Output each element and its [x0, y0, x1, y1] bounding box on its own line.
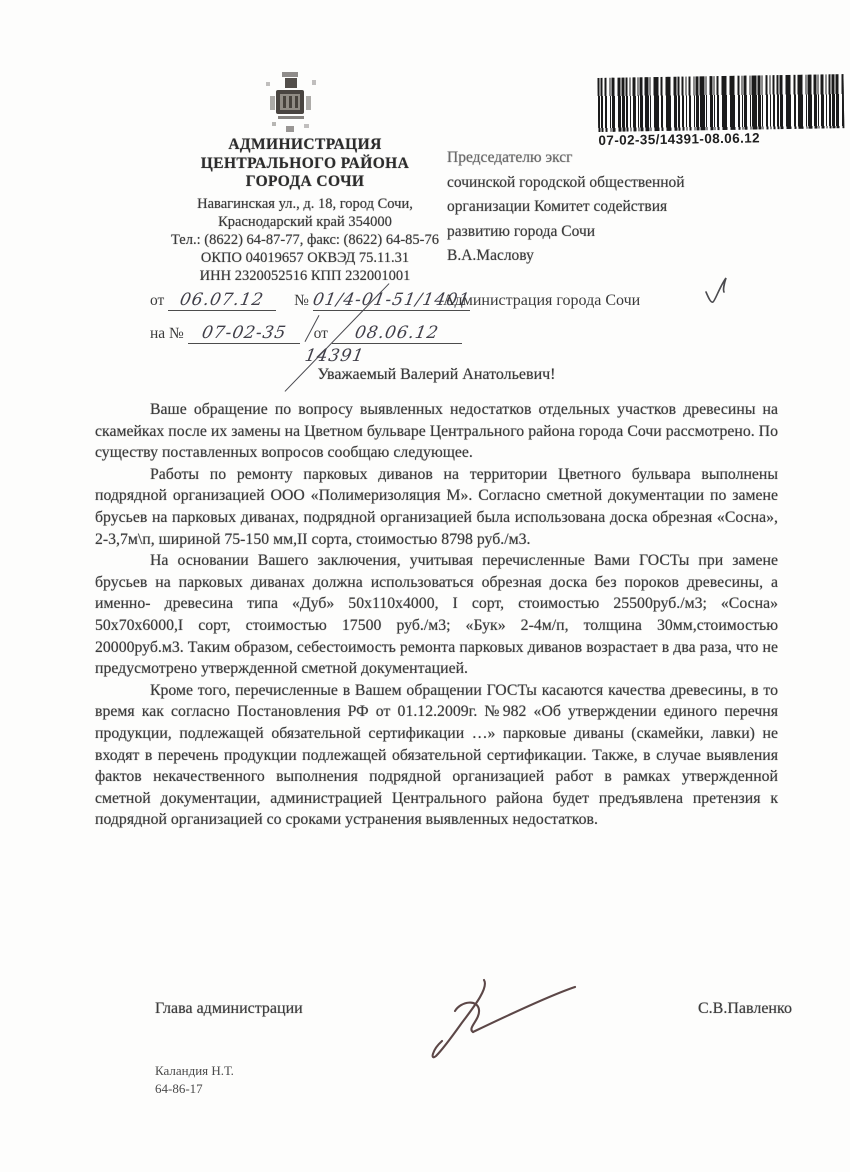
resolution-note: Администрация города Сочи: [443, 292, 640, 310]
paragraph-4: Кроме того, перечисленные в Вашем обраще…: [95, 680, 778, 831]
signature-autograph: [398, 958, 598, 1083]
executor-phone: 64-86-17: [155, 1080, 234, 1098]
sender-address: Навагинская ул., д. 18, город Сочи, Крас…: [140, 195, 470, 285]
incoming-number-field: 07-02-35: [188, 323, 300, 344]
recipient-line3: организации Комитет содействия: [447, 195, 777, 220]
sender-org-line1: АДМИНИСТРАЦИЯ: [140, 136, 470, 155]
executor-block: Каландия Н.Т. 64-86-17: [155, 1062, 234, 1097]
salutation: Уважаемый Валерий Анатольевич!: [95, 366, 778, 384]
paragraph-1: Ваше обращение по вопросу выявленных нед…: [95, 399, 778, 464]
recipient-line5: В.А.Маслову: [447, 244, 777, 269]
paragraph-2: Работы по ремонту парковых диванов на те…: [95, 464, 778, 550]
signer-name: С.В.Павленко: [698, 1000, 792, 1018]
incoming-date-field: 08.06.12: [332, 323, 462, 344]
outgoing-date-label: от: [150, 292, 164, 309]
incoming-date-label: от: [314, 325, 328, 342]
sender-phone-line: Тел.: (8622) 64-87-77, факс: (8622) 64-8…: [140, 231, 470, 249]
scanned-letter-page: АДМИНИСТРАЦИЯ ЦЕНТРАЛЬНОГО РАЙОНА ГОРОДА…: [0, 0, 850, 1172]
recipient-line1: Председателю эксг: [447, 146, 777, 171]
sender-org-line3: ГОРОДА СОЧИ: [140, 173, 470, 192]
sender-address-line2: Краснодарский край 354000: [140, 213, 470, 231]
sender-codes-line1: ОКПО 04019657 ОКВЭД 75.11.31: [140, 249, 470, 267]
sender-letterhead: АДМИНИСТРАЦИЯ ЦЕНТРАЛЬНОГО РАЙОНА ГОРОДА…: [140, 136, 470, 285]
incoming-number-label: на №: [150, 325, 184, 342]
barcode-stripes: [597, 74, 844, 132]
sender-address-line1: Навагинская ул., д. 18, город Сочи,: [140, 195, 470, 213]
signer-position: Глава администрации: [155, 1000, 303, 1018]
sender-codes-line2: ИНН 2320052516 КПП 232001001: [140, 267, 470, 285]
recipient-block: Председателю эксг сочинской городской об…: [447, 146, 777, 269]
letter-body: Ваше обращение по вопросу выявленных нед…: [95, 399, 778, 831]
paragraph-3: На основании Вашего заключения, учитывая…: [95, 550, 778, 680]
coat-of-arms-stamp-icon: [262, 70, 320, 136]
checkmark-icon: [703, 276, 729, 311]
recipient-line4: развитию города Сочи: [447, 220, 777, 245]
registration-barcode: 07-02-35/14391-08.06.12: [597, 74, 848, 148]
recipient-line2: сочинской городской общественной: [447, 171, 777, 196]
executor-name: Каландия Н.Т.: [155, 1062, 234, 1080]
outgoing-reference-row: от 06.07.12 № 01/4-01-51/1401 Администра…: [150, 290, 470, 311]
outgoing-number-label: №: [294, 292, 309, 309]
sender-org-line2: ЦЕНТРАЛЬНОГО РАЙОНА: [140, 155, 470, 174]
outgoing-date-field: 06.07.12: [168, 290, 276, 311]
outgoing-date-value: 06.07.12: [179, 290, 266, 310]
incoming-date-value: 08.06.12: [353, 323, 440, 343]
incoming-number-value: 07-02-35: [200, 323, 288, 343]
